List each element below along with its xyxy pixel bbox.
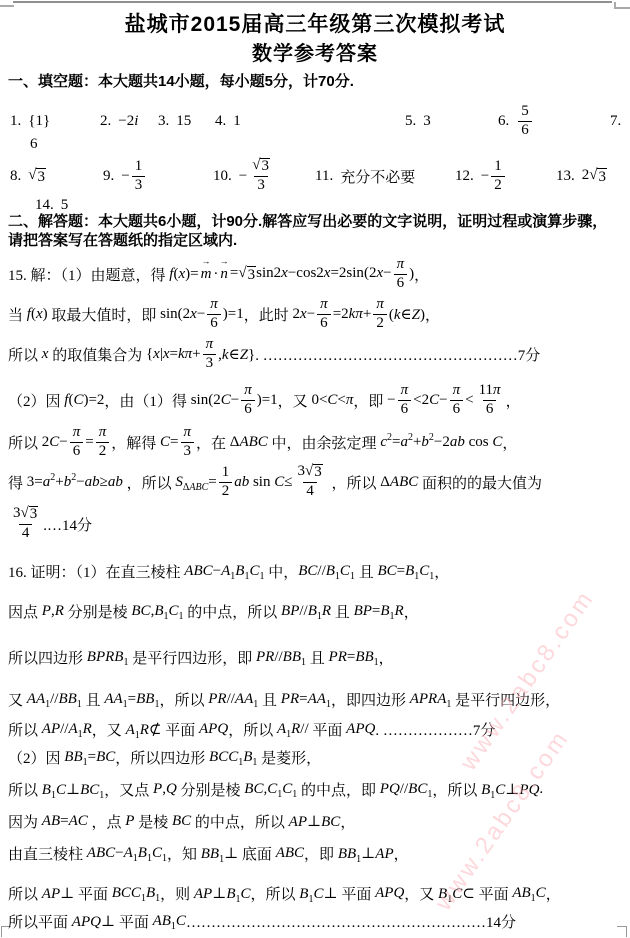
- fraction: 12: [491, 159, 505, 194]
- math-run: AB1C: [512, 885, 545, 902]
- text-run: ，所以: [251, 883, 300, 904]
- math-run: 3=a2+b2−ab≥ab: [27, 474, 123, 491]
- text-run: ，点: [88, 811, 126, 832]
- text-run: 分别是棱: [64, 601, 132, 622]
- answer-number: 9.: [103, 168, 114, 185]
- vector-arrow-icon: →: [202, 257, 211, 266]
- text-run: 面积的的最大值为: [418, 472, 542, 493]
- math-run: APQ: [199, 721, 228, 738]
- math-run: PR=AA1: [281, 691, 331, 708]
- math-run: B1C⊥PQ: [481, 780, 539, 799]
- text-run: ，又: [278, 390, 312, 411]
- math-run: 2√3: [582, 167, 607, 186]
- text-run: 因点: [8, 601, 42, 622]
- math-run: P,R: [42, 603, 64, 620]
- text-run: ，又: [92, 719, 126, 740]
- text-run: 由直三棱柱: [8, 843, 87, 864]
- math-run: −: [387, 392, 395, 409]
- text-run: ，: [506, 390, 521, 411]
- sqrt-radical: √3: [21, 506, 39, 523]
- solution-line: 所以四边形 BPRB1 是平行四边形，即 PR//BB1 且 PR=BB1，: [8, 646, 628, 668]
- math-run: ABC−A1B1C1: [184, 563, 264, 580]
- solution-line: 15. 解：（1）由题意，得 f(x)=→m·→n=√3sin2x−cos2x=…: [8, 252, 628, 296]
- math-run: 0<C<π: [311, 392, 353, 409]
- math-run: sin(2C−: [191, 392, 240, 409]
- answer-item-8: 8.√3: [10, 152, 46, 200]
- text-run: 是棱: [134, 811, 172, 832]
- text-run: ，即四边形: [331, 689, 410, 710]
- math-run: P,Q: [153, 781, 177, 798]
- text-run: ，: [394, 843, 409, 864]
- math-run: 3: [423, 113, 431, 130]
- math-run: BP//B1R: [281, 603, 331, 620]
- math-run: BC,B1C1: [131, 603, 183, 620]
- math-run: AB=AC: [42, 813, 88, 830]
- math-run: PR=BB1: [329, 649, 379, 666]
- math-run: BC,C1C1: [244, 781, 297, 798]
- text-run: 是平行四边形，即: [128, 647, 256, 668]
- sqrt-radical: √3: [28, 168, 46, 186]
- solution-line: （2）因 f(C)=2，由（1）得 sin(2C−π6)=1，又 0<C<π，即…: [8, 378, 628, 422]
- math-run: AA1=BB1: [104, 691, 159, 708]
- math-run: B1C⊥BC1: [42, 780, 104, 799]
- math-run: P: [125, 813, 134, 830]
- answer-item-7: 7.: [610, 98, 628, 144]
- text-run: 又: [8, 689, 27, 710]
- text-run: 平面: [309, 719, 347, 740]
- math-run: f(C)=2: [64, 392, 104, 409]
- math-run: ΔABC: [380, 474, 418, 491]
- fraction: π2: [96, 425, 110, 460]
- math-run: −: [481, 168, 489, 185]
- math-run: {1}: [28, 113, 50, 130]
- text-run: 所以: [8, 432, 42, 453]
- text-run: . ……………………………………………7分: [255, 344, 540, 365]
- solution-line: 所以平面 APQ⊥ 平面 AB1C……………………………………………………14分: [8, 910, 628, 932]
- solution-line: 当 f(x) 取最大值时，即 sin(2x−π6)=1，此时 2x−π6=2kπ…: [8, 292, 628, 336]
- text-run: 且: [82, 689, 105, 710]
- math-run: =2kπ+: [333, 306, 372, 323]
- math-run: B1C⊂: [438, 884, 475, 903]
- solution-line: 3√34.…14分: [8, 502, 628, 546]
- text-run: ，又点: [104, 779, 153, 800]
- fraction: √33: [249, 158, 273, 194]
- fraction: π6: [450, 383, 464, 418]
- math-run: sin(2x−: [160, 306, 205, 323]
- math-run: B1C⊥: [299, 884, 337, 903]
- text-run: 所以: [8, 719, 42, 740]
- math-run: BCC1B1: [209, 749, 257, 766]
- math-run: =√3sin2x−cos2x=2sin(2x−: [230, 265, 392, 284]
- answer-item-13: 13.2√3: [556, 152, 607, 200]
- answer-item-5: 5.3: [405, 98, 431, 144]
- fraction: π6: [70, 425, 84, 460]
- fraction: π6: [317, 297, 331, 332]
- fraction: 13: [132, 159, 146, 194]
- solution-line: （2）因 BB1=BC，所以四边形 BCC1B1 是菱形，: [8, 746, 628, 768]
- text-run: 是平行四边形，: [451, 689, 560, 710]
- text-run: 充分不必要: [340, 166, 415, 187]
- answer-item-11: 11.充分不必要: [315, 152, 415, 200]
- text-run: 中，: [264, 561, 298, 582]
- text-run: 所以: [8, 779, 42, 800]
- fraction: π6: [241, 383, 255, 418]
- solution-line: 因点 P,R 分别是棱 BC,B1C1 的中点，所以 BP//B1R 且 BP=…: [8, 600, 628, 622]
- text-run: 平面: [338, 883, 376, 904]
- solution-line: 所以 2C−π6=π2，解得 C=π3，在 ΔABC 中，由余弦定理 c2=a2…: [8, 420, 628, 464]
- fraction: 11π6: [476, 383, 504, 418]
- solution-line: 所以 AP//A1R，又 A1R⊄ 平面 APQ，所以 A1R// 平面 APQ…: [8, 718, 628, 740]
- math-run: BB1=BC: [64, 749, 115, 766]
- math-run: ABC: [276, 845, 304, 862]
- text-run: 15: [176, 113, 191, 130]
- text-run: 所以: [8, 883, 42, 904]
- answer-item-10: 10.−√33: [213, 152, 275, 200]
- math-run: −2i: [118, 113, 138, 130]
- text-run: 的中点，所以: [191, 811, 289, 832]
- answer-number: 12.: [455, 168, 474, 185]
- text-run: 因为: [8, 811, 42, 832]
- text-run: 取最大值时，即: [48, 304, 161, 325]
- text-run: 分别是棱: [177, 779, 245, 800]
- answer-number: 2.: [100, 113, 111, 130]
- answer-item-12: 12.−12: [455, 152, 507, 200]
- answer-7-continuation: 6: [30, 136, 38, 153]
- math-run: BB1⊥: [201, 844, 238, 863]
- text-run: 16. 证明：（1）在直三棱柱: [8, 561, 184, 582]
- answers-row-1: 1.{1}2.−2i3.154.15.36.567.: [0, 98, 630, 144]
- text-run: ，: [414, 264, 429, 285]
- text-run: 1: [233, 113, 241, 130]
- doc-subtitle: 数学参考答案: [0, 37, 630, 66]
- text-run: ，由（1）得: [104, 390, 190, 411]
- math-run: 2C−: [42, 434, 68, 451]
- text-run: .…14分: [43, 514, 92, 535]
- text-run: 得: [8, 472, 27, 493]
- sqrt-radical: √3: [589, 168, 607, 186]
- text-run: 底面: [238, 843, 276, 864]
- math-run: <: [465, 392, 473, 409]
- vector-arrow-icon: →: [220, 257, 229, 266]
- text-run: ，: [425, 304, 440, 325]
- math-run: BCC1B1: [112, 885, 160, 902]
- solution-line: 因为 AB=AC ，点 P 是棱 BC 的中点，所以 AP⊥BC，: [8, 810, 628, 832]
- text-run: ，: [379, 647, 394, 668]
- math-run: c2=a2+b2−2ab cos C: [380, 434, 502, 451]
- answer-number: 8.: [10, 168, 21, 185]
- text-run: .: [539, 781, 543, 798]
- fraction: π3: [181, 425, 195, 460]
- math-run: =: [85, 434, 93, 451]
- math-run: {x|x=kπ+: [146, 346, 201, 363]
- answer-number: 13.: [556, 168, 575, 185]
- answers-row-2: 8.√39.−1310.−√3311.充分不必要12.−1213.2√3: [0, 152, 630, 200]
- text-run: （2）因: [8, 390, 64, 411]
- text-run: 平面: [115, 911, 153, 932]
- math-run: APQ: [346, 721, 375, 738]
- math-run: APQ: [375, 885, 404, 902]
- math-run: AB1C: [153, 913, 186, 930]
- fraction: π6: [394, 257, 408, 292]
- text-run: ，即: [304, 843, 338, 864]
- text-run: ，所以: [123, 472, 176, 493]
- text-run: ，: [404, 601, 419, 622]
- solution-line: 所以 B1C⊥BC1，又点 P,Q 分别是棱 BC,C1C1 的中点，即 PQ/…: [8, 778, 628, 800]
- math-run: BC//B1C1: [298, 563, 355, 580]
- answer-item-6: 6.56: [498, 98, 534, 144]
- answer-number: 5.: [405, 113, 416, 130]
- text-run: 所以四边形: [8, 647, 87, 668]
- math-run: x: [42, 346, 49, 363]
- text-run: 是菱形，: [257, 747, 321, 768]
- math-run: )=1: [257, 392, 278, 409]
- math-run: BC=B1C1: [377, 563, 434, 580]
- sqrt-radical: √3: [238, 266, 256, 284]
- text-run: ，所以: [328, 472, 381, 493]
- fraction: π6: [207, 297, 221, 332]
- text-run: ，所以: [432, 779, 481, 800]
- math-run: ABC−A1B1C1: [87, 845, 167, 862]
- answer-number: 3.: [158, 113, 169, 130]
- text-run: 的中点，即: [297, 779, 380, 800]
- answer-number: 1.: [10, 113, 21, 130]
- math-run: ab sin C≤: [234, 474, 292, 491]
- answer-item-4: 4.1: [215, 98, 241, 144]
- math-run: <2C−: [413, 392, 447, 409]
- math-run: ΔABC: [230, 434, 268, 451]
- text-run: ，所以: [228, 719, 277, 740]
- text-run: 且: [306, 647, 329, 668]
- sqrt-radical: √3: [252, 158, 270, 175]
- text-run: ……………………………………………………14分: [186, 911, 516, 932]
- text-run: 平面: [161, 719, 199, 740]
- solution-line: 由直三棱柱 ABC−A1B1C1，知 BB1⊥ 底面 ABC，即 BB1⊥AP，: [8, 842, 628, 864]
- math-run: SΔABC=: [175, 474, 216, 491]
- text-run: 且: [355, 561, 378, 582]
- math-run: BB1⊥AP: [338, 844, 394, 863]
- math-run: AP⊥BC: [289, 812, 341, 831]
- text-run: ，: [340, 811, 355, 832]
- text-run: 中，由余弦定理: [268, 432, 381, 453]
- answer-item-3: 3.15: [158, 98, 191, 144]
- text-run: 15. 解：（1）由题意，得: [8, 264, 169, 285]
- math-run: PQ//BC1: [380, 781, 433, 798]
- text-run: 所以平面: [8, 911, 72, 932]
- document-page: 盐城市2015届高三年级第三次模拟考试 数学参考答案 一、填空题：本大题共14小…: [0, 0, 630, 938]
- solution-line: 又 AA1//BB1 且 AA1=BB1，所以 PR//AA1 且 PR=AA1…: [8, 688, 628, 710]
- fraction: π3: [203, 337, 217, 372]
- text-run: 所以: [8, 344, 42, 365]
- text-run: ，所以四边形: [115, 747, 209, 768]
- answer-number: 6.: [498, 113, 509, 130]
- text-run: （2）因: [8, 747, 64, 768]
- fraction: 3√34: [294, 464, 325, 500]
- math-run: f(x)=: [169, 266, 198, 283]
- answer-number: 10.: [213, 168, 232, 185]
- vector: →m: [199, 266, 214, 283]
- math-run: APRA1: [410, 691, 452, 708]
- text-run: ，解得: [111, 432, 160, 453]
- text-run: 平面: [74, 883, 112, 904]
- doc-title: 盐城市2015届高三年级第三次模拟考试: [0, 8, 630, 38]
- text-run: 当: [8, 304, 27, 325]
- text-run: ，所以: [159, 689, 208, 710]
- math-run: AP⊥B1C: [194, 884, 251, 903]
- text-run: ，知: [167, 843, 201, 864]
- math-run: f(x): [27, 306, 48, 323]
- answer-number: 7.: [610, 113, 621, 130]
- text-run: ，即: [353, 390, 387, 411]
- answer-item-9: 9.−13: [103, 152, 147, 200]
- math-run: (k∈Z): [389, 305, 425, 324]
- answer-number: 4.: [215, 113, 226, 130]
- section1-header: 一、填空题：本大题共14小题，每小题5分，计70分.: [8, 72, 622, 91]
- text-run: . ………………7分: [375, 719, 495, 740]
- crop-mark-top-left: [0, 5, 14, 7]
- solution-line: 16. 证明：（1）在直三棱柱 ABC−A1B1C1 中，BC//B1C1 且 …: [8, 560, 628, 582]
- text-run: 的取值集合为: [48, 344, 146, 365]
- math-run: C=: [160, 434, 178, 451]
- text-run: 且: [331, 601, 354, 622]
- section2-header: 二、解答题：本大题共6小题，计90分.解答应写出必要的文字说明，证明过程或演算步…: [8, 212, 622, 250]
- fraction: π6: [398, 383, 412, 418]
- math-run: BP=B1R: [354, 603, 404, 620]
- math-run: PR//BB1: [256, 649, 306, 666]
- math-run: −: [121, 168, 129, 185]
- solution-line: 得 3=a2+b2−ab≥ab ，所以 SΔABC=12ab sin C≤3√3…: [8, 460, 628, 504]
- text-run: ，: [546, 883, 561, 904]
- math-run: APQ⊥: [72, 912, 115, 931]
- math-run: −: [239, 168, 247, 185]
- solution-line: 所以 AP⊥ 平面 BCC1B1，则 AP⊥B1C，所以 B1C⊥ 平面 APQ…: [8, 882, 628, 904]
- math-run: AP//A1R: [42, 721, 92, 738]
- text-run: 且: [258, 689, 281, 710]
- text-run: 平面: [475, 883, 513, 904]
- text-run: ，又: [404, 883, 438, 904]
- answer-number: 11.: [315, 168, 333, 185]
- math-run: PR//AA1: [208, 691, 258, 708]
- math-run: AA1//BB1: [27, 691, 82, 708]
- math-run: AP⊥: [42, 884, 74, 903]
- fraction: π2: [373, 297, 387, 332]
- math-run: )=1: [223, 306, 244, 323]
- text-run: ，在: [196, 432, 230, 453]
- math-run: A1R//: [277, 721, 309, 738]
- text-run: ，则: [160, 883, 194, 904]
- math-run: 2x−: [293, 306, 316, 323]
- math-run: A1R⊄: [126, 720, 162, 739]
- math-run: ,k∈Z}: [218, 345, 255, 364]
- answer-item-2: 2.−2i: [100, 98, 138, 144]
- vector: →n: [218, 266, 230, 283]
- math-run: BC: [172, 813, 191, 830]
- page-top-border: [13, 1, 612, 3]
- sqrt-radical: √3: [305, 464, 323, 481]
- math-run: BPRB1: [87, 649, 129, 666]
- text-run: ，此时: [244, 304, 293, 325]
- fraction: 12: [219, 465, 233, 500]
- text-run: ，: [434, 561, 449, 582]
- solution-line: 所以 x 的取值集合为 {x|x=kπ+π3,k∈Z}. ………………………………: [8, 332, 628, 376]
- text-run: 的中点，所以: [184, 601, 282, 622]
- math-run: √3: [28, 167, 46, 186]
- text-run: ，: [502, 432, 517, 453]
- fraction: 56: [518, 104, 532, 139]
- fraction: 3√34: [10, 506, 41, 542]
